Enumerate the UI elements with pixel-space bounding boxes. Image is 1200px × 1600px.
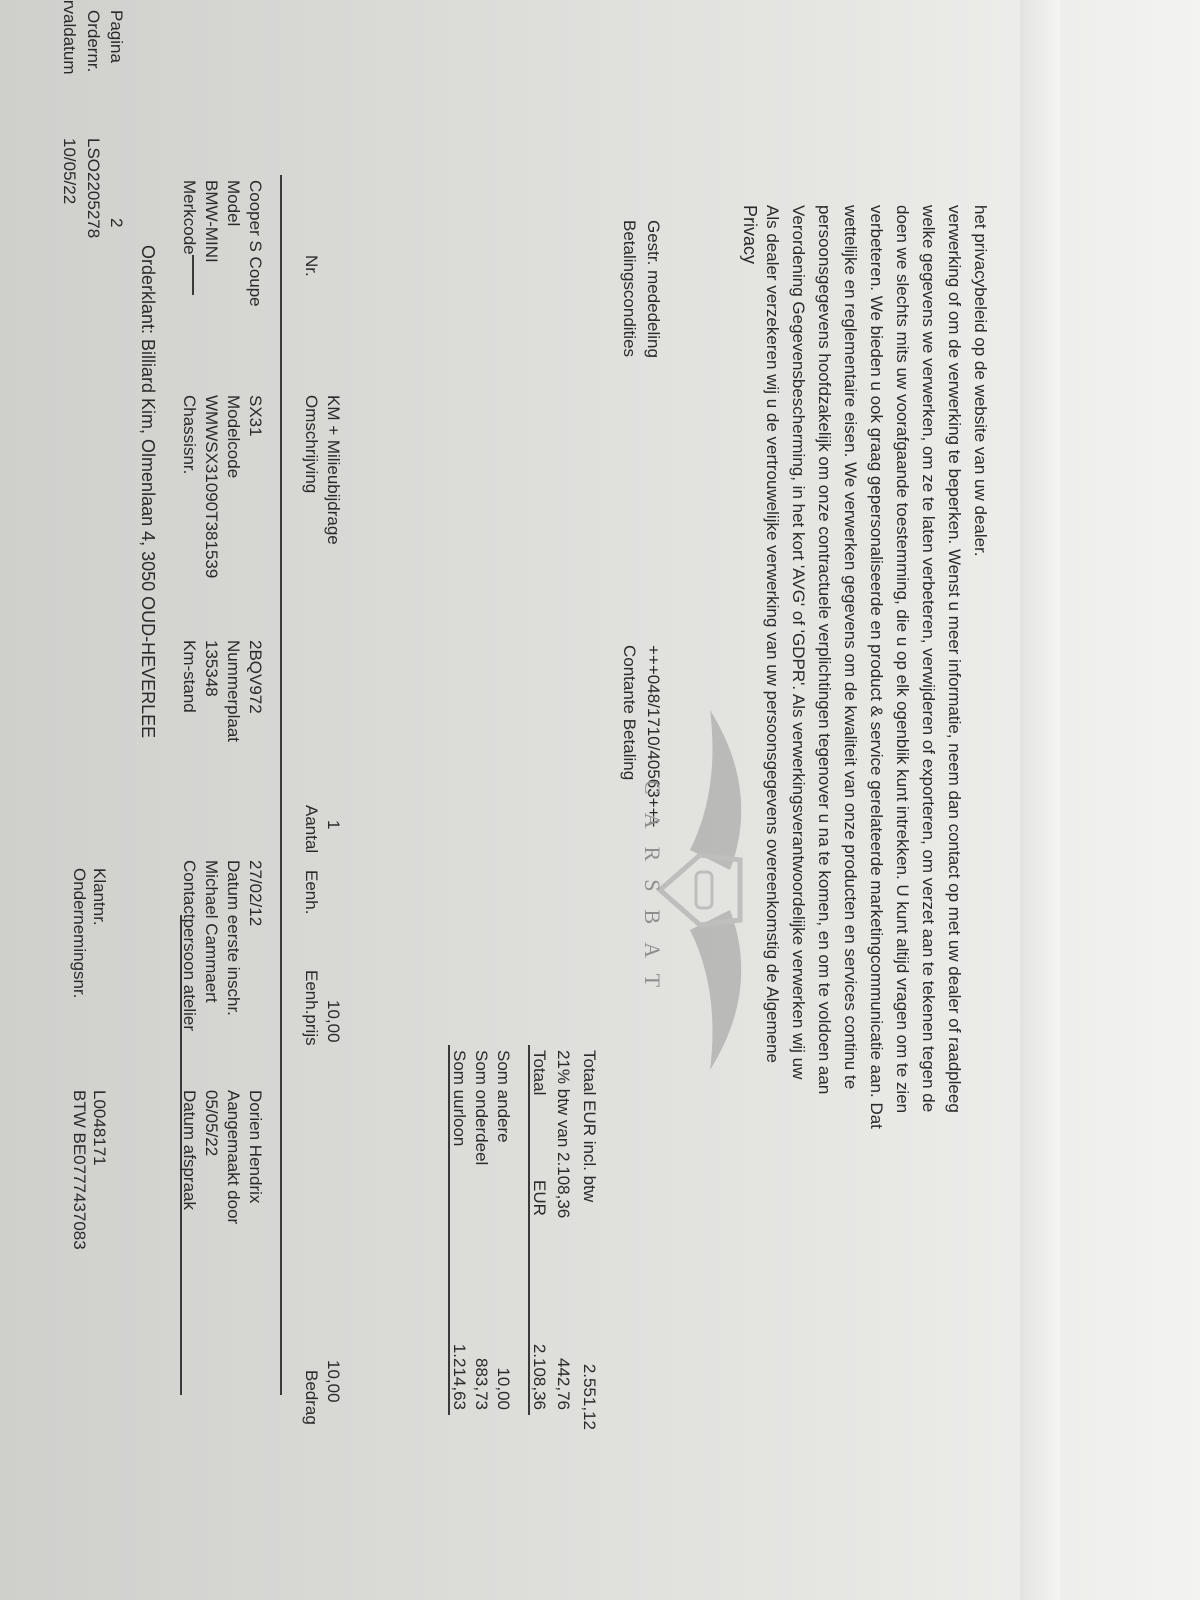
- sum-label: Som onderdeel: [471, 1050, 492, 1165]
- line-description: KM + Milieubijdrage: [323, 395, 344, 545]
- sum-value: 883,73: [471, 1300, 492, 1410]
- vehicle-values-row2-3: 27/02/12: [245, 860, 266, 926]
- sum-label: Som andere: [493, 1050, 514, 1143]
- vehicle-values-row2-0: Cooper S Coupe: [245, 180, 266, 307]
- column-header-eenhprijs: Eenh.prijs: [301, 970, 322, 1046]
- vehicle-values-row1-2: 135348: [201, 640, 222, 697]
- orderklant: Orderklant: Billiard Kim, Olmenlaan 4, 3…: [137, 245, 158, 738]
- vervaldatum-label: Vervaldatum: [59, 0, 80, 75]
- column-header-aantal: Aantal: [301, 805, 322, 853]
- pagina-value: 2: [106, 218, 127, 227]
- privacy-line: Verordening Gegevensbescherming, in het …: [787, 205, 810, 1079]
- ordernr-label: Ordernr.: [83, 10, 104, 72]
- vehicle-values-row2-4: Dorien Hendrix: [245, 1090, 266, 1203]
- vehicle-values-row1-0: BMW-MINI: [201, 180, 222, 263]
- ondernemingsnr-value: BTW BE0777437083: [69, 1090, 90, 1250]
- vehicle-values-row1-3: Michael Cammaert: [201, 860, 222, 1003]
- vehicle-labels-row2-1: Modelcode: [223, 395, 244, 478]
- line-amount: 10,00: [323, 1360, 344, 1403]
- btw-value: 442,76: [553, 1300, 574, 1410]
- privacy-title: Privacy: [739, 205, 760, 264]
- vervaldatum-value: 10/05/22: [59, 138, 80, 204]
- vehicle-labels-row1-4: Datum afspraak: [179, 1090, 200, 1210]
- line-unit-price: 10,00: [323, 1000, 344, 1043]
- klantnr-value: L0048171: [89, 1090, 110, 1166]
- btw-label: 21% btw van 2.108,36: [553, 1050, 574, 1218]
- mededeling-label: Gestr. mededeling: [643, 220, 664, 358]
- vehicle-labels-row2-0: Model: [223, 180, 244, 226]
- ondernemingsnr-label: Ondernemingsnr.: [69, 868, 90, 998]
- privacy-line: Als dealer verzekeren wij u de vertrouwe…: [761, 205, 784, 1063]
- paper-fold: [1020, 0, 1060, 1600]
- sum-label: Som uurloon: [449, 1050, 470, 1146]
- column-header-omschrijving: Omschrijving: [301, 395, 322, 493]
- ordernr-value: LSO2205278: [83, 138, 104, 238]
- incl-value: 2.551,12: [579, 1300, 600, 1430]
- watermark-text: CARSBAT: [639, 780, 665, 1005]
- privacy-line: welke gegevens we verwerken, om ze te la…: [917, 205, 940, 1112]
- vehicle-labels-row2-4: Aangemaakt door: [223, 1090, 244, 1224]
- totaal-currency: EUR: [529, 1180, 550, 1216]
- vehicle-divider-bottom: [281, 175, 283, 1395]
- vehicle-labels-row1-1: Chassisnr.: [179, 395, 200, 474]
- totaal-value: 2.108,36: [529, 1300, 550, 1410]
- column-header-nr: Nr.: [301, 255, 322, 277]
- vehicle-values-row2-2: 2BQV972: [245, 640, 266, 714]
- privacy-line: wettelijke en reglementaire eisen. We ve…: [839, 205, 862, 1089]
- invoice-sheet: Vervaldatum Ordernr. Pagina 10/05/22 LSO…: [0, 0, 1200, 1600]
- sum-value: 10,00: [493, 1300, 514, 1410]
- vehicle-labels-row2-2: Nummerplaat: [223, 640, 244, 742]
- pagina-label: Pagina: [106, 10, 127, 63]
- vehicle-labels-row1-3: Contactpersoon atelier: [179, 860, 200, 1031]
- klantnr-label: Klantnr.: [89, 868, 110, 926]
- column-header-bedrag: Bedrag: [301, 1370, 322, 1425]
- privacy-line: het privacybeleid op de website van uw d…: [969, 205, 992, 557]
- privacy-line: doen we slechts mits uw voorafgaande toe…: [891, 205, 914, 1113]
- privacy-line: persoonsgegevens hoofdzakelijk om onze c…: [813, 205, 836, 1094]
- incl-label: Totaal EUR incl. btw: [579, 1050, 600, 1202]
- totaal-label: Totaal: [529, 1050, 550, 1095]
- vehicle-labels-row1-0: Merkcode: [179, 180, 200, 255]
- sum-value: 1.214,63: [449, 1300, 470, 1410]
- column-header-eenh: Eenh.: [301, 870, 322, 914]
- vehicle-divider-top: [193, 255, 195, 295]
- vehicle-labels-row2-3: Datum eerste inschr.: [223, 860, 244, 1016]
- privacy-line: verbeteren. We bieden u ook graag gepers…: [865, 205, 888, 1129]
- line-quantity: 1: [323, 820, 344, 829]
- betalingscondities-label: Betalingscondities: [619, 220, 640, 357]
- vehicle-values-row1-1: WMWSX31090T381539: [201, 395, 222, 578]
- vehicle-values-row1-4: 05/05/22: [201, 1090, 222, 1156]
- privacy-line: verwerking of om de verwerking te beperk…: [943, 205, 966, 1113]
- vehicle-values-row2-1: SX31: [245, 395, 266, 437]
- vehicle-labels-row1-2: Km-stand: [179, 640, 200, 713]
